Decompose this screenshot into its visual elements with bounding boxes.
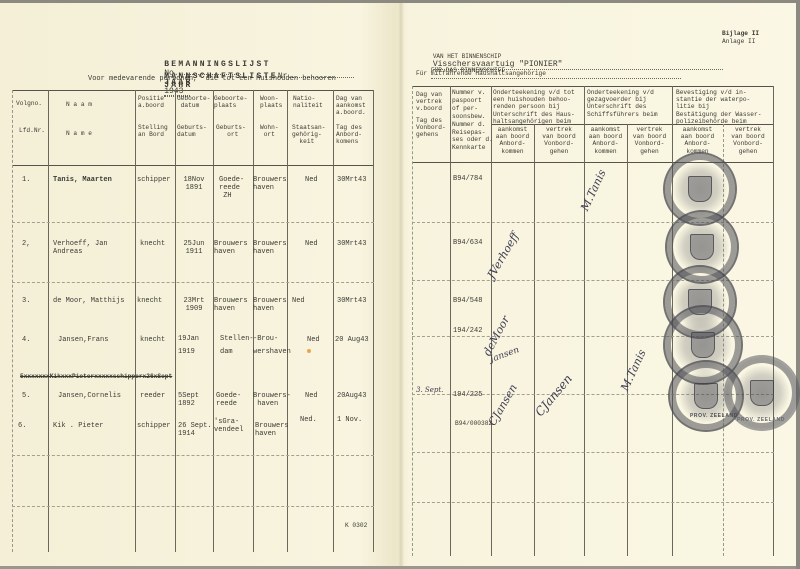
crew-name: Jansen,Cornelis	[58, 392, 121, 400]
row-line	[12, 506, 374, 507]
col-line	[48, 90, 49, 552]
birth-date: 18Nov 1891	[176, 176, 212, 192]
col-subheader-arrival: aankomst aan boord Anbord- kommen	[672, 126, 723, 155]
col-line	[12, 90, 13, 552]
col-header-de: Tag des Anbord- komens	[336, 124, 362, 146]
coat-of-arms-icon	[750, 380, 774, 406]
col-line	[373, 90, 374, 552]
coat-of-arms-icon	[691, 332, 715, 358]
col-line	[412, 86, 413, 556]
arrival-date: 1 Nov.	[337, 416, 362, 424]
ink-spot	[307, 349, 311, 353]
crew-position: reeder	[140, 392, 165, 400]
col-header-de: Stelling an Bord	[138, 124, 168, 138]
nationality: Ned	[307, 336, 320, 344]
vessel-label-nl: VAN HET BINNENSCHIP	[433, 53, 501, 60]
col-header-nl: Woon- plaats	[260, 95, 282, 109]
passport-number: B94/784	[453, 175, 482, 183]
stamp-text: PROV. ZEELAND	[737, 417, 785, 423]
nationality: Ned	[305, 392, 318, 400]
col-subheader-arrival: aankomst aan boord Anbord- kommen	[584, 126, 627, 155]
row-line	[12, 222, 374, 223]
birth-date: 26 Sept. 1914	[178, 422, 212, 438]
col-line	[213, 90, 214, 552]
col-header-de: Wohn- ort	[260, 124, 279, 138]
col-header-police: Bevestiging v/d in- stantie der waterpo-…	[676, 89, 761, 125]
crew-name: de Moor, Matthijs	[53, 297, 124, 305]
col-header-de: Lfd.Nr.	[19, 127, 45, 134]
crew-position: schipper	[137, 422, 171, 430]
col-line	[333, 90, 334, 552]
nationality: Ned.	[300, 416, 317, 424]
col-header-nl: Dag van aankomst a.boord.	[336, 95, 366, 117]
table-top-border	[412, 86, 774, 87]
residence: Brouwers- haven	[253, 392, 291, 408]
residence: -Brou- wershaven	[253, 336, 291, 356]
left-subtitle: Voor medevarende personen,' die tot een …	[88, 75, 336, 83]
col-header-skipper-signature: Onderteekening v/d gezagvoerder bij Unte…	[587, 89, 658, 118]
nationality: Ned	[305, 176, 318, 184]
form-code: K 0302	[345, 522, 367, 529]
birth-place: Goede- reede ZH	[219, 176, 244, 200]
col-header-nl: Natio- naliteit	[293, 95, 323, 109]
coat-of-arms-icon	[688, 176, 712, 202]
right-edge	[796, 0, 800, 569]
residence: Brouwers haven	[253, 176, 287, 192]
row-line	[412, 502, 774, 503]
crew-name: Jansen,Frans	[58, 336, 108, 344]
row-number: 3.	[22, 297, 30, 305]
row-number: 4.	[22, 336, 30, 344]
col-line	[135, 90, 136, 552]
birth-place: Stellen- dam	[220, 336, 254, 356]
passport-number: 194/225	[453, 391, 482, 399]
row-line	[12, 455, 374, 456]
struck-out-entry: 5xxxxxxxKikxxxPieterxxxxxschipperx26xSep…	[20, 373, 172, 380]
col-subheader-departure: vertrek van boord Vonbord- gehen	[723, 126, 773, 155]
col-header-de: N a m e	[66, 130, 92, 137]
col-header-passport: Nummer v. paspoort of per- soonsbew. Num…	[452, 89, 493, 152]
col-header-nl: Geboorte- plaats	[214, 95, 247, 109]
arrival-date: 30Mrt43	[337, 176, 366, 184]
col-line	[175, 90, 176, 552]
birth-place: 'sGra- vendeel	[214, 418, 243, 434]
birth-place: Brouwers haven	[214, 240, 248, 256]
crew-name: Tanis, Maarten	[53, 176, 112, 184]
birth-date: 25Jun 1911	[176, 240, 212, 256]
col-subheader-arrival: aankomst aan boord Anbord- kommen	[491, 126, 534, 155]
crew-position: knecht	[140, 240, 165, 248]
row-line	[12, 282, 374, 283]
col-line	[287, 90, 288, 552]
col-header-nl: Positie a.boord	[138, 95, 164, 109]
crew-position: schipper	[137, 176, 171, 184]
col-subheader-departure: vertrek van boord Vonbord- gehen	[627, 126, 672, 155]
passport-number: B94/548	[453, 297, 482, 305]
col-line	[773, 86, 774, 556]
right-subtitle: Für mitfahrende Haushaltsangehörige	[416, 70, 546, 77]
residence: Brouwers haven	[253, 240, 287, 256]
col-line	[450, 86, 451, 556]
row-line	[412, 452, 774, 453]
col-line	[534, 124, 535, 556]
crew-position: knecht	[140, 336, 165, 344]
nationality: Ned	[305, 240, 318, 248]
passport-number: B94/634	[453, 239, 482, 247]
header-bottom-border	[12, 165, 374, 166]
top-edge	[0, 0, 800, 3]
col-header-de: Tag des Vonbord- gehens	[416, 117, 446, 139]
page-fold	[398, 0, 404, 569]
col-line	[491, 86, 492, 556]
annex-label-de: Anlage II	[722, 38, 755, 45]
arrival-date: 30Mrt43	[337, 240, 366, 248]
row-number: 6.	[18, 422, 26, 430]
col-header-nl: N a a m	[66, 101, 92, 108]
departure-date: 3. Sept.	[416, 386, 443, 394]
crew-position: knecht	[137, 297, 162, 305]
residence: Brouwers haven	[255, 422, 289, 438]
col-header-household-signature: Onderteekening v/d tot een huishouden be…	[493, 89, 575, 125]
table-top-border	[12, 90, 374, 91]
col-header-nl: Volgno.	[16, 100, 42, 107]
nationality: Ned	[292, 297, 305, 305]
crew-name: Verhoeff, Jan Andreas	[53, 240, 108, 256]
coat-of-arms-icon	[694, 383, 718, 409]
col-header-nl: Dag van vertrek v.boord	[416, 91, 442, 113]
birth-date: 5Sept 1892	[178, 392, 199, 408]
col-line	[253, 90, 254, 552]
crew-name: Kik . Pieter	[53, 422, 103, 430]
residence: Brouwers haven	[253, 297, 287, 313]
row-number: 5.	[22, 392, 30, 400]
annex-label-nl: Bijlage II	[722, 30, 759, 37]
col-subheader-departure: vertrek van boord Vonbord- gehen	[534, 126, 584, 155]
col-line	[627, 124, 628, 556]
col-header-nl: Geboorte- datum	[177, 95, 210, 109]
row-number: 2,	[22, 240, 30, 248]
vessel-name-field-de	[431, 78, 681, 79]
arrival-date: 20 Aug43	[335, 336, 369, 344]
arrival-date: 20Aug43	[337, 392, 366, 400]
stamp-text: PROV. ZEELAND	[690, 413, 738, 419]
birth-place: Brouwers haven	[214, 297, 248, 313]
birth-date: 19Jan 1919	[178, 336, 199, 356]
col-line	[584, 86, 585, 556]
birth-date: 23Mrt 1909	[176, 297, 212, 313]
coat-of-arms-icon	[690, 234, 714, 260]
arrival-date: 30Mrt43	[337, 297, 366, 305]
birth-place: Goede- reede	[216, 392, 241, 408]
passport-number: 194/242	[453, 327, 482, 335]
col-header-de: Geburts- ort	[216, 124, 246, 138]
col-header-de: Geburts- datum	[177, 124, 207, 138]
col-header-de: Staatsan- gehörig- keit	[292, 124, 325, 146]
row-number: 1.	[22, 176, 30, 184]
